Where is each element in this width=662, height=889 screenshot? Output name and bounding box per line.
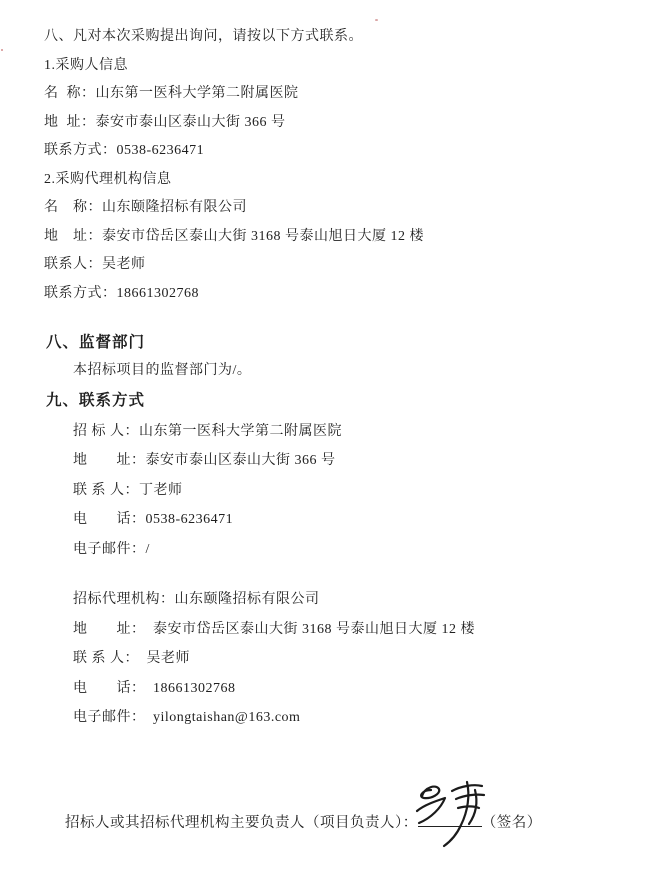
agency-info-heading: 2.采购代理机构信息 — [44, 166, 662, 195]
agency-contact-person-line: 联系人：吴老师 — [44, 251, 662, 280]
supervision-body: 本招标项目的监督部门为/。 — [73, 357, 662, 386]
tenderer-phone-line: 电 话：0538-6236471 — [73, 505, 662, 535]
agency-contact-line: 联系方式：18661302768 — [44, 280, 662, 309]
supervision-heading: 八、监督部门 — [46, 328, 662, 357]
scanned-document-page: 八、凡对本次采购提出询问，请按以下方式联系。 1.采购人信息 名 称：山东第一医… — [0, 0, 662, 889]
purchaser-contact-line: 联系方式：0538-6236471 — [44, 137, 662, 166]
contact-heading: 九、联系方式 — [46, 386, 662, 415]
purchaser-address-line: 地 址：泰安市泰山区泰山大街 366 号 — [44, 109, 662, 138]
signature-row: 招标人或其招标代理机构主要负责人（项目负责人）： （签名） — [65, 811, 662, 833]
inquiry-intro-line: 八、凡对本次采购提出询问，请按以下方式联系。 — [44, 23, 662, 52]
signature-prefix-label: 招标人或其招标代理机构主要负责人（项目负责人）： — [65, 815, 418, 831]
tender-agency-address-line: 地 址： 泰安市岱岳区泰山大街 3168 号泰山旭日大厦 12 楼 — [73, 615, 662, 645]
handwritten-signature — [414, 778, 492, 852]
tenderer-contact-block: 招 标 人：山东第一医科大学第二附属医院 地 址：泰安市泰山区泰山大街 366 … — [0, 417, 662, 565]
tenderer-name-line: 招 标 人：山东第一医科大学第二附属医院 — [73, 417, 662, 447]
purchaser-info-heading: 1.采购人信息 — [44, 52, 662, 81]
tenderer-address-line: 地 址：泰安市泰山区泰山大街 366 号 — [73, 446, 662, 476]
scan-noise-dot — [375, 19, 378, 21]
tender-agency-phone-line: 电 话： 18661302768 — [73, 674, 662, 704]
tender-agency-name-line: 招标代理机构：山东颐隆招标有限公司 — [73, 585, 662, 615]
tenderer-contact-person-line: 联 系 人：丁老师 — [73, 476, 662, 506]
agency-contact-block: 招标代理机构：山东颐隆招标有限公司 地 址： 泰安市岱岳区泰山大街 3168 号… — [0, 585, 662, 733]
tender-agency-email-line: 电子邮件： yilongtaishan@163.com — [73, 703, 662, 733]
agency-name-line: 名 称：山东颐隆招标有限公司 — [44, 194, 662, 223]
scan-noise-dot — [1, 49, 3, 51]
agency-address-line: 地 址：泰安市岱岳区泰山大街 3168 号泰山旭日大厦 12 楼 — [44, 223, 662, 252]
purchaser-name-line: 名 称：山东第一医科大学第二附属医院 — [44, 80, 662, 109]
tenderer-email-line: 电子邮件：/ — [73, 535, 662, 565]
signature-field — [418, 811, 482, 827]
tender-agency-contact-person-line: 联 系 人： 吴老师 — [73, 644, 662, 674]
